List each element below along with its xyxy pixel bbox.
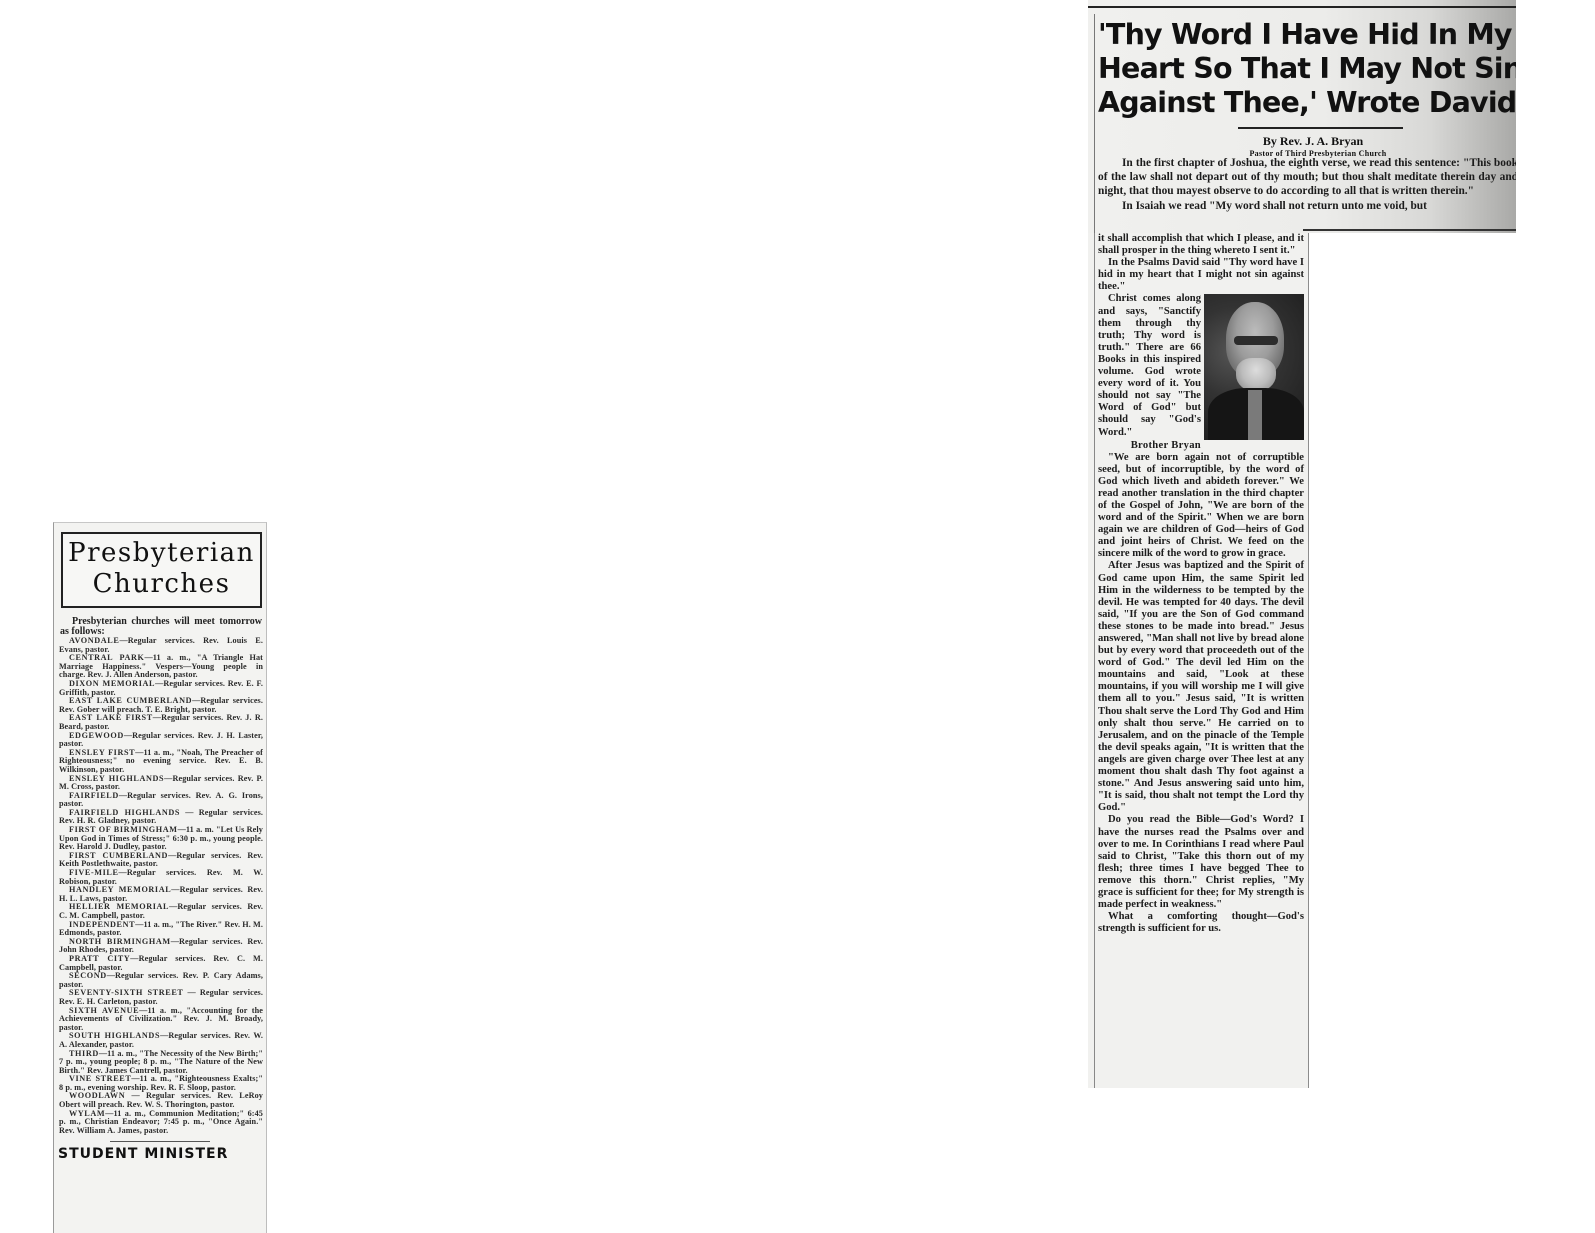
article-paragraph: What a comforting thought—God's strength…	[1098, 911, 1304, 935]
divider	[110, 1141, 210, 1142]
article-paragraph: it shall accomplish that which I please,…	[1098, 233, 1304, 257]
next-article-headline: STUDENT MINISTER	[58, 1146, 266, 1162]
church-listing: EAST LAKE FIRST—Regular services. Rev. J…	[59, 714, 263, 731]
church-listing: INDEPENDENT—11 a. m., "The River." Rev. …	[59, 921, 263, 938]
article-paragraph: In the first chapter of Joshua, the eigh…	[1098, 156, 1516, 199]
church-listing: FIVE-MILE—Regular services. Rev. M. W. R…	[59, 869, 263, 886]
church-listing: SIXTH AVENUE—11 a. m., "Accounting for t…	[59, 1007, 263, 1033]
headline-line-1: 'Thy Word I Have Hid In My	[1098, 18, 1516, 52]
church-listing: FIRST OF BIRMINGHAM—11 a. m. "Let Us Rel…	[59, 826, 263, 852]
article-paragraph: In the Psalms David said "Thy word have …	[1098, 257, 1304, 293]
church-listing: WOODLAWN — Regular services. Rev. LeRoy …	[59, 1092, 263, 1109]
intro-paragraph: Presbyterian churches will meet tomorrow…	[60, 617, 262, 637]
headline-line-2: Heart So That I May Not Sin	[1098, 52, 1516, 86]
church-listing: VINE STREET—11 a. m., "Righteousness Exa…	[59, 1075, 263, 1092]
church-listing: CENTRAL PARK—11 a. m., "A Triangle Hat M…	[59, 654, 263, 680]
church-listing: SEVENTY-SIXTH STREET — Regular services.…	[59, 989, 263, 1006]
church-listing: FAIRFIELD HIGHLANDS — Regular services. …	[59, 809, 263, 826]
article-paragraph: In Isaiah we read "My word shall not ret…	[1098, 199, 1516, 213]
article-headline: 'Thy Word I Have Hid In My Heart So That…	[1098, 18, 1516, 120]
article-column: it shall accomplish that which I please,…	[1088, 233, 1309, 1088]
headline-line-3: Against Thee,' Wrote David	[1098, 86, 1516, 120]
church-listing: DIXON MEMORIAL—Regular services. Rev. E.…	[59, 680, 263, 697]
church-listing: NORTH BIRMINGHAM—Regular services. Rev. …	[59, 938, 263, 955]
article-header-block: 'Thy Word I Have Hid In My Heart So That…	[1088, 0, 1516, 233]
church-listing: THIRD—11 a. m., "The Necessity of the Ne…	[59, 1050, 263, 1076]
column-rule	[1094, 14, 1095, 233]
column-rule	[1094, 233, 1095, 1088]
section-title-line-1: Presbyterian	[65, 538, 258, 569]
presbyterian-churches-clipping: Presbyterian Churches Presbyterian churc…	[53, 522, 267, 1233]
article-paragraph: "We are born again not of corruptible se…	[1098, 452, 1304, 561]
divider	[1088, 6, 1516, 8]
church-listing: ENSLEY HIGHLANDS—Regular services. Rev. …	[59, 775, 263, 792]
church-listing: HANDLEY MEMORIAL—Regular services. Rev. …	[59, 886, 263, 903]
divider	[1238, 127, 1403, 129]
church-listing: FAIRFIELD—Regular services. Rev. A. G. I…	[59, 792, 263, 809]
church-listing: FIRST CUMBERLAND—Regular services. Rev. …	[59, 852, 263, 869]
byline: By Rev. J. A. Bryan Pastor of Third Pres…	[1088, 134, 1516, 158]
church-listing: EDGEWOOD—Regular services. Rev. J. H. La…	[59, 732, 263, 749]
section-title-line-2: Churches	[65, 569, 258, 600]
church-listings: AVONDALE—Regular services. Rev. Louis E.…	[54, 637, 266, 1135]
church-listing: PRATT CITY—Regular services. Rev. C. M. …	[59, 955, 263, 972]
byline-author: By Rev. J. A. Bryan	[1088, 134, 1516, 149]
section-title-box: Presbyterian Churches	[61, 532, 262, 608]
church-listing: SECOND—Regular services. Rev. P. Cary Ad…	[59, 972, 263, 989]
church-listing: WYLAM—11 a. m., Communion Meditation;" 6…	[59, 1110, 263, 1136]
portrait-figure	[1204, 294, 1304, 440]
portrait-photo	[1204, 294, 1304, 440]
article-paragraph: After Jesus was baptized and the Spirit …	[1098, 560, 1304, 814]
article-paragraph: Do you read the Bible—God's Word? I have…	[1098, 814, 1304, 911]
article-body: it shall accomplish that which I please,…	[1098, 233, 1304, 935]
photo-caption: Brother Bryan	[1098, 439, 1304, 452]
church-listing: HELLIER MEMORIAL—Regular services. Rev. …	[59, 903, 263, 920]
divider	[1303, 229, 1516, 231]
church-listing: ENSLEY FIRST—11 a. m., "Noah, The Preach…	[59, 749, 263, 775]
church-listing: SOUTH HIGHLANDS—Regular services. Rev. W…	[59, 1032, 263, 1049]
church-listing: AVONDALE—Regular services. Rev. Louis E.…	[59, 637, 263, 654]
article-lead: In the first chapter of Joshua, the eigh…	[1098, 156, 1516, 213]
church-listing: EAST LAKE CUMBERLAND—Regular services. R…	[59, 697, 263, 714]
